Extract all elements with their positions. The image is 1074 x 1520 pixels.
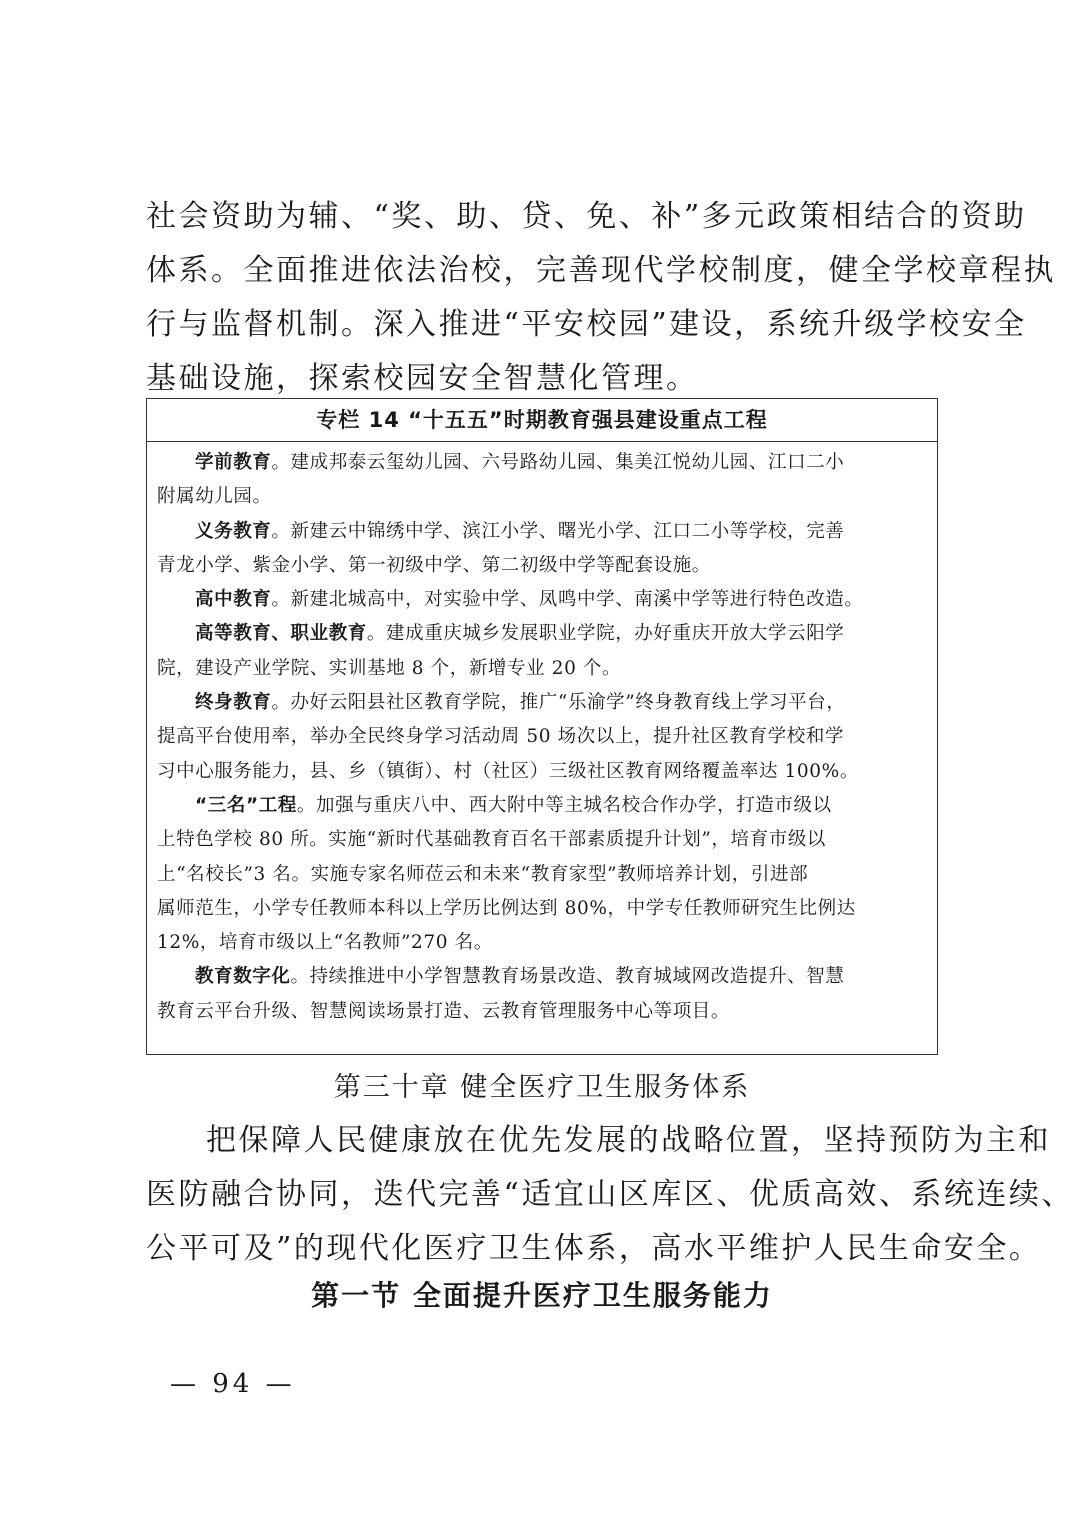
item-text-line: 上“名校长”3 名。实施专家名师莅云和未来“教育家型”教师培养计划，引进部 (157, 858, 927, 892)
item-three-famous: “三名”工程。加强与重庆八中、西大附中等主城名校合作办学，打造市级以 (157, 789, 927, 823)
item-keyword: 学前教育 (195, 452, 271, 473)
item-text: 。新建云中锦绣中学、滨江小学、曙光小学、江口二小等学校，完善 (271, 521, 844, 542)
feature-box-title: 专栏 14 “十五五”时期教育强县建设重点工程 (147, 399, 937, 442)
item-digitalization: 教育数字化。持续推进中小学智慧教育场景改造、教育城域网改造提升、智慧 (157, 960, 927, 994)
text-line: 行与监督机制。深入推进“平安校园”建设，系统升级学校安全 (146, 298, 942, 352)
item-text-line: 12%，培育市级以上“名教师”270 名。 (157, 926, 927, 960)
text-line: 公平可及”的现代化医疗卫生体系，高水平维护人民生命安全。 (146, 1222, 942, 1276)
item-text: 。加强与重庆八中、西大附中等主城名校合作办学，打造市级以 (297, 795, 832, 816)
item-lifelong: 终身教育。办好云阳县社区教育学院，推广“乐渝学”终身教育线上学习平台， (157, 686, 927, 720)
item-text: 。新建北城高中，对实验中学、凤鸣中学、南溪中学等进行特色改造。 (271, 589, 863, 610)
feature-box: 专栏 14 “十五五”时期教育强县建设重点工程 学前教育。建成邦泰云玺幼儿园、六… (146, 398, 938, 1055)
item-compulsory: 义务教育。新建云中锦绣中学、滨江小学、曙光小学、江口二小等学校，完善 (157, 515, 927, 549)
item-keyword: 高中教育 (195, 589, 271, 610)
item-higher-vocational: 高等教育、职业教育。建成重庆城乡发展职业学院，办好重庆开放大学云阳学 (157, 617, 927, 651)
item-text: 。持续推进中小学智慧教育场景改造、教育城域网改造提升、智慧 (291, 966, 845, 987)
item-text-line: 习中心服务能力，县、乡（镇街）、村（社区）三级社区教育网络覆盖率达 100%。 (157, 755, 927, 789)
chapter-paragraph: 把保障人民健康放在优先发展的战略位置，坚持预防为主和 医防融合协同，迭代完善“适… (146, 1114, 942, 1276)
page-number: — 94 — (170, 1364, 296, 1404)
chapter-heading: 第三十章 健全医疗卫生服务体系 (146, 1066, 938, 1110)
text-line: 社会资助为辅、“奖、助、贷、免、补”多元政策相结合的资助 (146, 190, 942, 244)
item-keyword: 高等教育、职业教育 (195, 623, 367, 644)
item-text-line: 青龙小学、紫金小学、第一初级中学、第二初级中学等配套设施。 (157, 549, 927, 583)
item-text: 。办好云阳县社区教育学院，推广“乐渝学”终身教育线上学习平台， (271, 692, 845, 713)
item-text-line: 属师范生，小学专任教师本科以上学历比例达到 80%，中学专任教师研究生比例达 (157, 892, 927, 926)
section-heading: 第一节 全面提升医疗卫生服务能力 (146, 1274, 938, 1318)
item-keyword: 教育数字化 (195, 966, 291, 987)
feature-box-body: 学前教育。建成邦泰云玺幼儿园、六号路幼儿园、集美江悦幼儿园、江口二小 附属幼儿园… (147, 442, 937, 1029)
intro-paragraph: 社会资助为辅、“奖、助、贷、免、补”多元政策相结合的资助 体系。全面推进依法治校… (146, 190, 942, 406)
item-keyword: 终身教育 (195, 692, 271, 713)
item-keyword: 义务教育 (195, 521, 271, 542)
item-text: 。建成重庆城乡发展职业学院，办好重庆开放大学云阳学 (367, 623, 845, 644)
item-preschool: 学前教育。建成邦泰云玺幼儿园、六号路幼儿园、集美江悦幼儿园、江口二小 (157, 446, 927, 480)
text-line: 体系。全面推进依法治校，完善现代学校制度，健全学校章程执 (146, 244, 942, 298)
text-line: 医防融合协同，迭代完善“适宜山区库区、优质高效、系统连续、 (146, 1168, 942, 1222)
item-keyword: “三名”工程 (195, 795, 297, 816)
text-line: 把保障人民健康放在优先发展的战略位置，坚持预防为主和 (146, 1114, 942, 1168)
item-text-line: 教育云平台升级、智慧阅读场景打造、云教育管理服务中心等项目。 (157, 995, 927, 1029)
item-text-line: 院，建设产业学院、实训基地 8 个，新增专业 20 个。 (157, 652, 927, 686)
item-high-school: 高中教育。新建北城高中，对实验中学、凤鸣中学、南溪中学等进行特色改造。 (157, 583, 927, 617)
item-text: 。建成邦泰云玺幼儿园、六号路幼儿园、集美江悦幼儿园、江口二小 (271, 452, 844, 473)
item-text-line: 附属幼儿园。 (157, 480, 927, 514)
item-text-line: 上特色学校 80 所。实施“新时代基础教育百名干部素质提升计划”，培育市级以 (157, 823, 927, 857)
item-text-line: 提高平台使用率，举办全民终身学习活动周 50 场次以上，提升社区教育学校和学 (157, 720, 927, 754)
